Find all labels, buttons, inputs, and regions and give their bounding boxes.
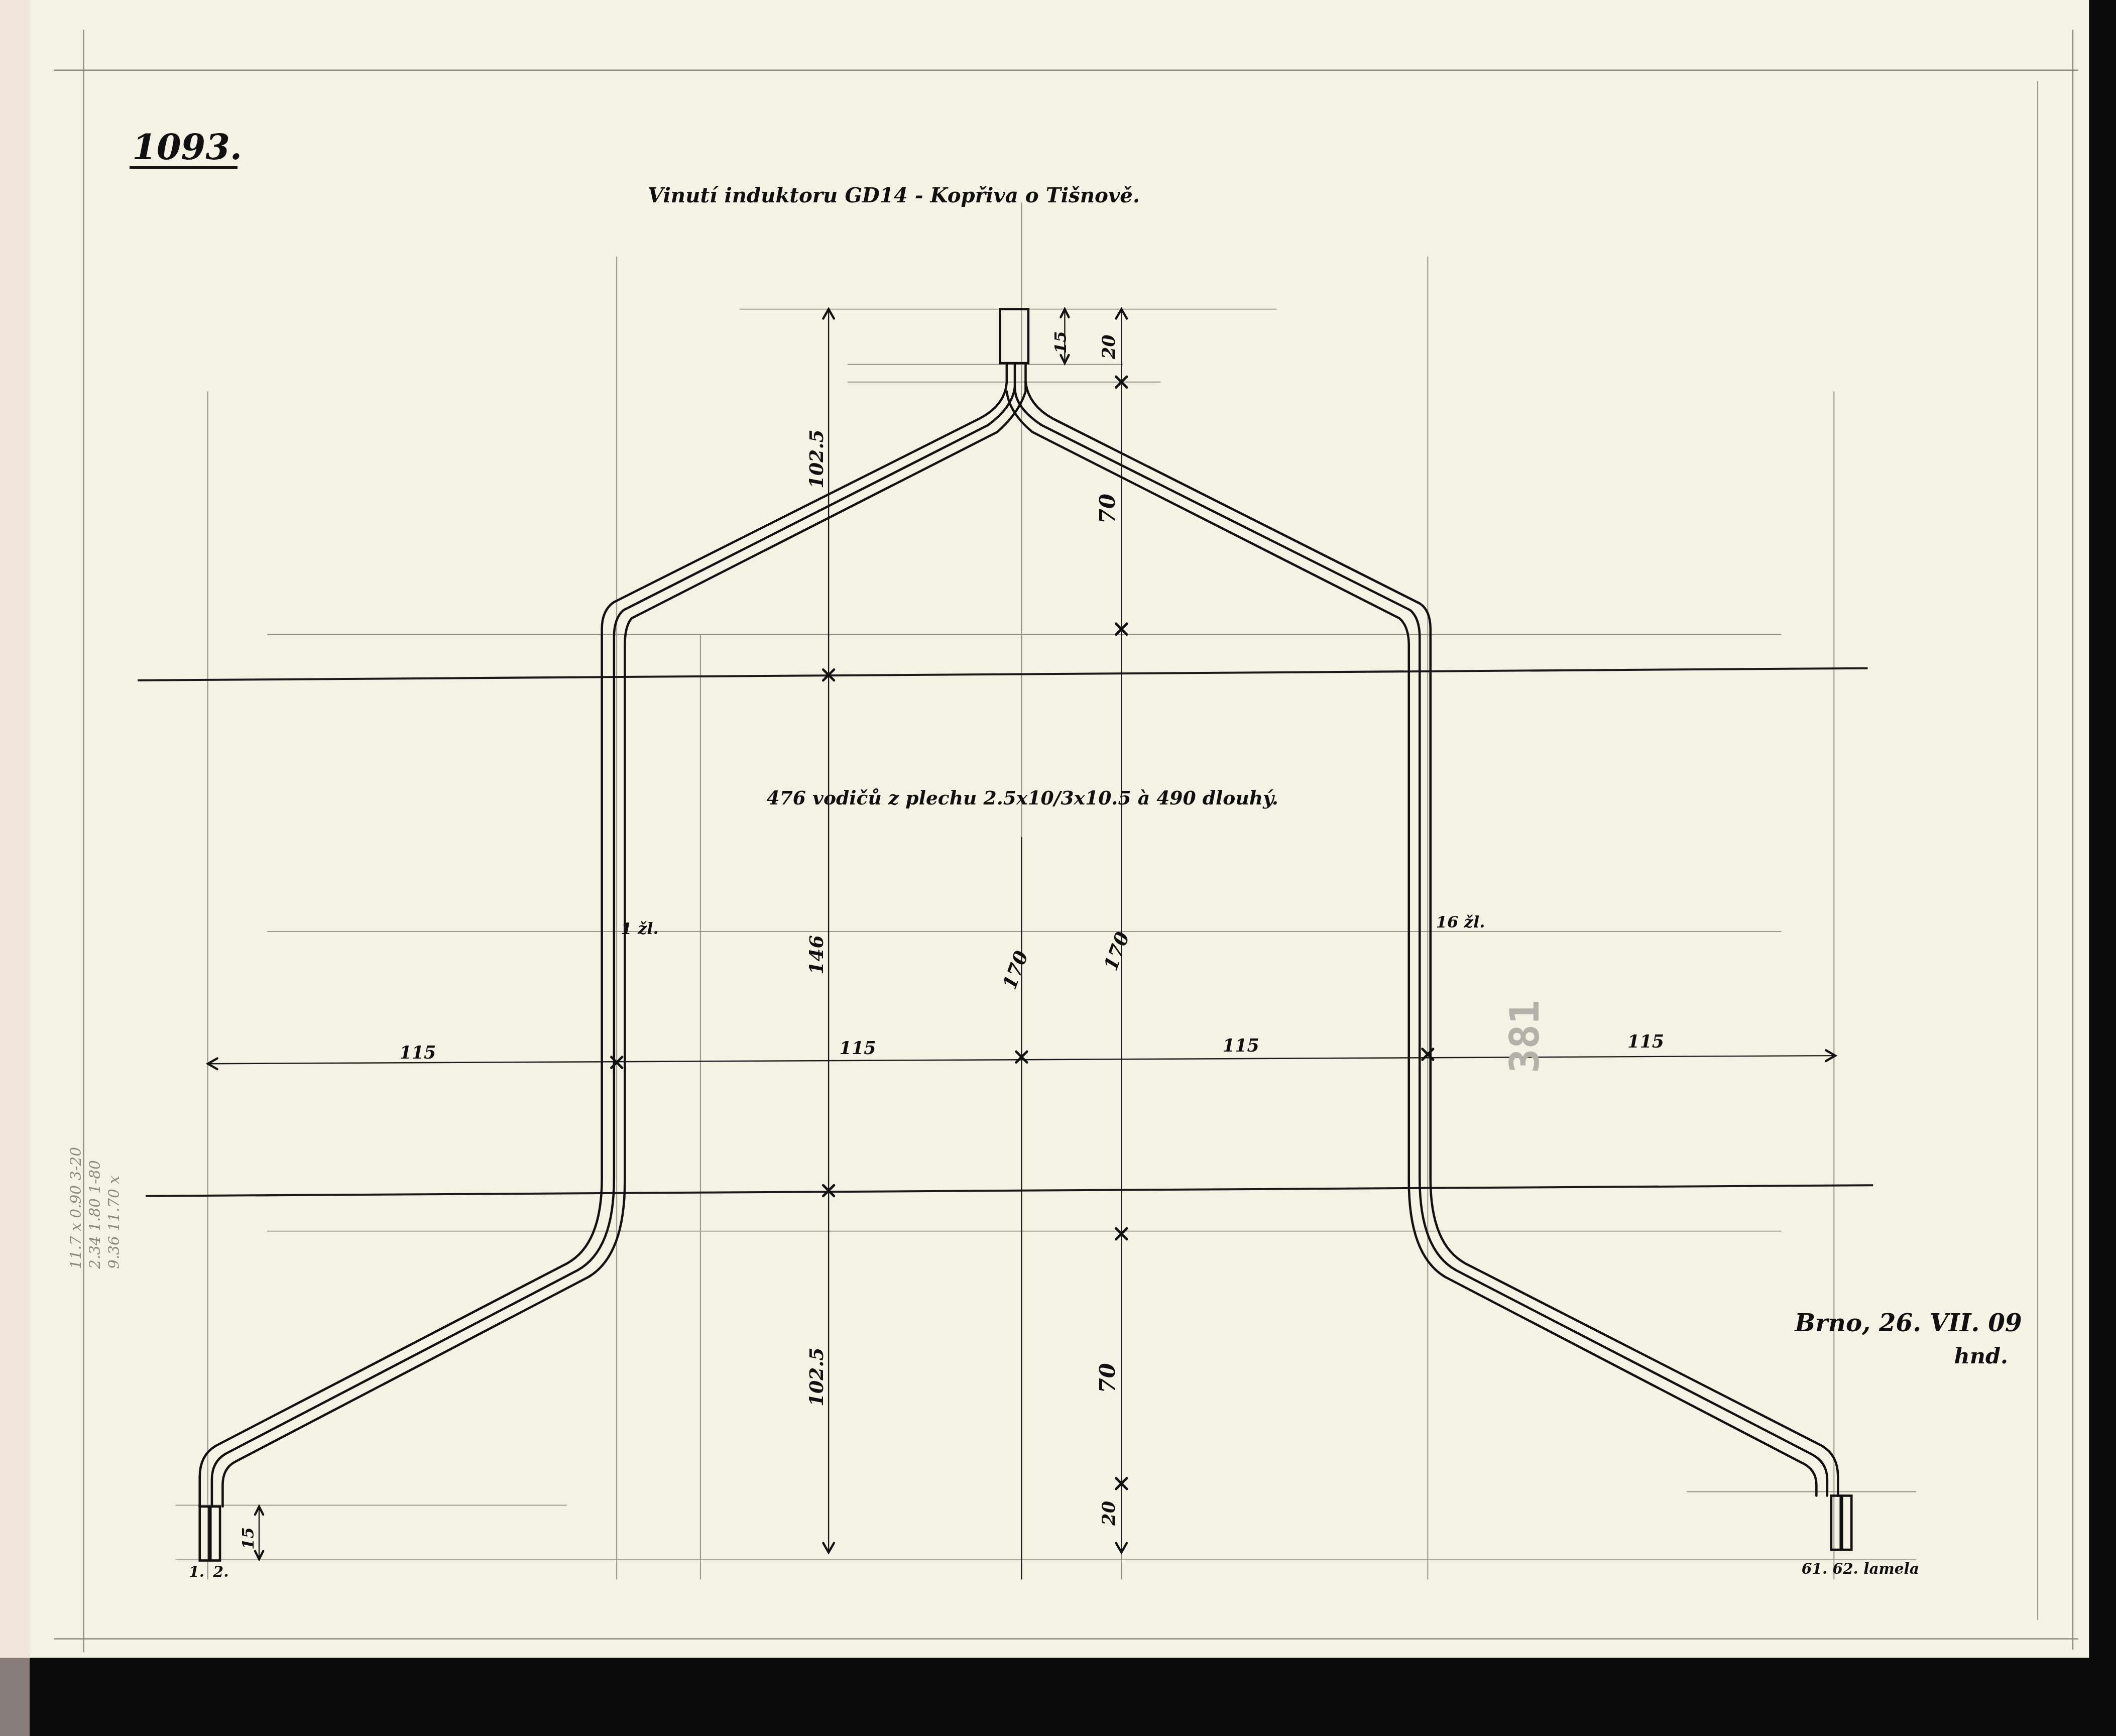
lamella-label: 61. 62. lamela [1802, 1560, 1919, 1577]
svg-text:70: 70 [1095, 494, 1120, 524]
reference-crosses [611, 377, 1433, 1489]
svg-text:102.5: 102.5 [805, 429, 828, 489]
sheet-number: 1093. [130, 127, 242, 168]
svg-text:115: 115 [840, 1038, 876, 1059]
scan-border-right [2089, 0, 2116, 1736]
svg-text:70: 70 [1095, 1363, 1120, 1393]
bottom-left-terminal [200, 1507, 220, 1561]
svg-text:2.34 1.80 1-80: 2.34 1.80 1-80 [86, 1160, 103, 1269]
left-leg-marker: 1 žl. [621, 919, 658, 938]
archive-stamp: 381 [1501, 1000, 1549, 1073]
scan-border-bottom [0, 1658, 2116, 1736]
svg-text:170: 170 [998, 948, 1032, 992]
dimension-values: 15 20 102.5 70 146 170 170 102.5 70 20 1… [239, 331, 1664, 1550]
svg-text:9.36 11.70 x: 9.36 11.70 x [105, 1176, 123, 1269]
svg-text:20: 20 [1099, 334, 1119, 360]
svg-text:15: 15 [239, 1527, 258, 1550]
conductor-bundle [200, 363, 1838, 1507]
margin-notes: 11.7 x 0.90 3-20 2.34 1.80 1-80 9.36 11.… [67, 1147, 122, 1269]
upper-reference-axis [138, 668, 1867, 680]
lead-label-2: 2. [213, 1563, 229, 1580]
svg-text:115: 115 [1223, 1035, 1259, 1056]
svg-text:102.5: 102.5 [805, 1347, 828, 1407]
winding-drawing: 1093. Vinutí induktoru GD14 - Kopřiva o … [0, 0, 2116, 1736]
svg-text:11.7 x 0.90 3-20: 11.7 x 0.90 3-20 [67, 1147, 84, 1269]
top-terminal [1000, 309, 1028, 364]
drawing-title: Vinutí induktoru GD14 - Kopřiva o Tišnov… [648, 183, 1140, 207]
svg-text:1093.: 1093. [132, 127, 242, 168]
svg-text:20: 20 [1099, 1501, 1119, 1526]
signature-initials: hnd. [1954, 1344, 2009, 1369]
conductor-specification: 476 vodičů z plechu 2.5x10/3x10.5 à 490 … [767, 787, 1278, 809]
svg-text:115: 115 [1627, 1031, 1664, 1052]
lead-label-1: 1. [189, 1563, 204, 1580]
svg-text:115: 115 [400, 1043, 436, 1063]
place-date: Brno, 26. VII. 09 [1794, 1309, 2022, 1337]
svg-text:170: 170 [1100, 929, 1134, 974]
right-leg-marker: 16 žl. [1436, 912, 1485, 932]
paper-edge-tint [0, 0, 30, 1736]
sheet-frame [54, 30, 2078, 1652]
svg-text:15: 15 [1051, 331, 1070, 354]
lower-reference-axis [146, 1185, 1873, 1196]
drawing-sheet: 1093. Vinutí induktoru GD14 - Kopřiva o … [0, 0, 2116, 1736]
svg-text:146: 146 [805, 935, 828, 975]
